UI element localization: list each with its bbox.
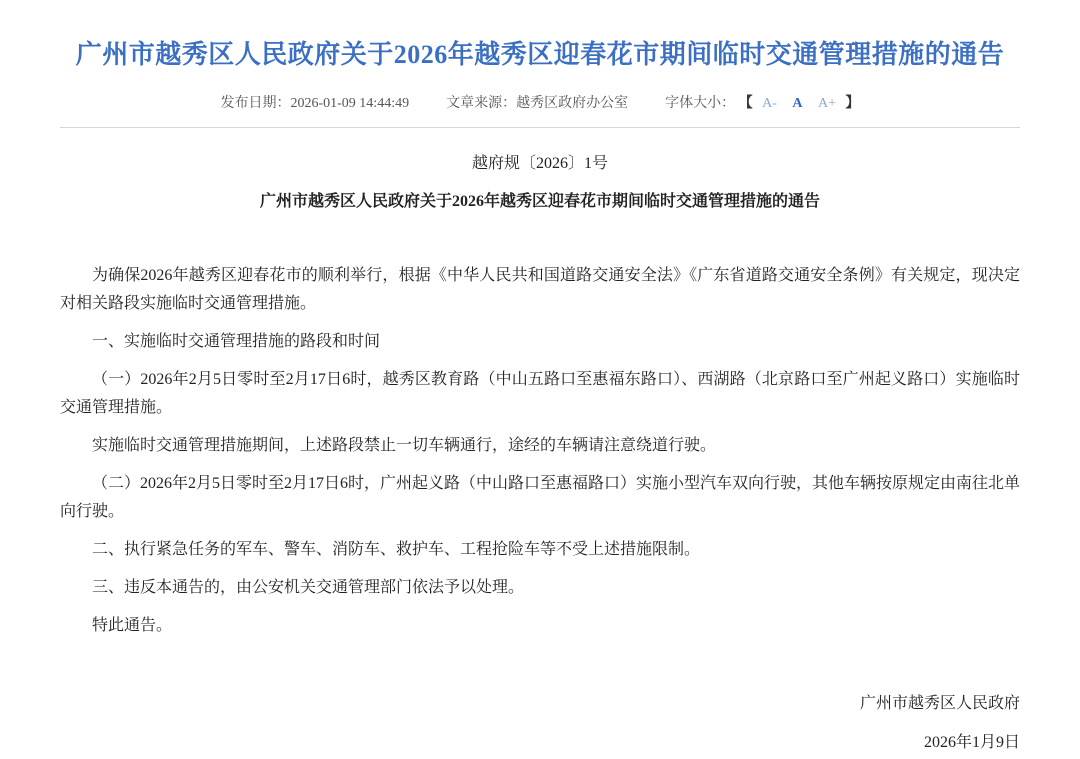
- document-number: 越府规〔2026〕1号: [0, 150, 1080, 173]
- source: 越秀区政府办公室: [516, 92, 628, 112]
- signature-date: 2026年1月9日: [924, 729, 1020, 752]
- source-label: 文章来源：: [446, 92, 516, 112]
- paragraph: 为确保2026年越秀区迎春花市的顺利举行，根据《中华人民共和国道路交通安全法》《…: [60, 262, 1020, 318]
- divider: [60, 127, 1020, 128]
- paragraph: （一）2026年2月5日零时至2月17日6时，越秀区教育路（中山五路口至惠福东路…: [60, 366, 1020, 422]
- document-body: 为确保2026年越秀区迎春花市的顺利举行，根据《中华人民共和国道路交通安全法》《…: [60, 262, 1020, 650]
- publish-date: 2026-01-09 14:44:49: [290, 96, 409, 112]
- font-size-smaller-button[interactable]: A-: [762, 96, 777, 112]
- font-size-normal-button[interactable]: A: [792, 96, 802, 112]
- font-size-label: 字体大小：: [665, 92, 735, 112]
- paragraph: （二）2026年2月5日零时至2月17日6时，广州起义路（中山路口至惠福路口）实…: [60, 470, 1020, 526]
- signature: 广州市越秀区人民政府: [860, 690, 1020, 713]
- bracket-close: 】: [846, 92, 860, 112]
- paragraph: 实施临时交通管理措施期间，上述路段禁止一切车辆通行，途经的车辆请注意绕道行驶。: [60, 432, 1020, 460]
- font-size-larger-button[interactable]: A+: [818, 96, 836, 112]
- paragraph: 三、违反本通告的，由公安机关交通管理部门依法予以处理。: [60, 574, 1020, 602]
- paragraph: 一、实施临时交通管理措施的路段和时间: [60, 328, 1020, 356]
- publish-date-label: 发布日期：: [220, 92, 290, 112]
- bracket-open: 【: [739, 92, 753, 112]
- paragraph: 二、执行紧急任务的军车、警车、消防车、救护车、工程抢险车等不受上述措施限制。: [60, 536, 1020, 564]
- document-subtitle: 广州市越秀区人民政府关于2026年越秀区迎春花市期间临时交通管理措施的通告: [0, 188, 1080, 211]
- page-title: 广州市越秀区人民政府关于2026年越秀区迎春花市期间临时交通管理措施的通告: [0, 34, 1080, 71]
- article-meta: 发布日期：2026-01-09 14:44:49 文章来源：越秀区政府办公室 字…: [0, 92, 1080, 112]
- paragraph: 特此通告。: [60, 612, 1020, 640]
